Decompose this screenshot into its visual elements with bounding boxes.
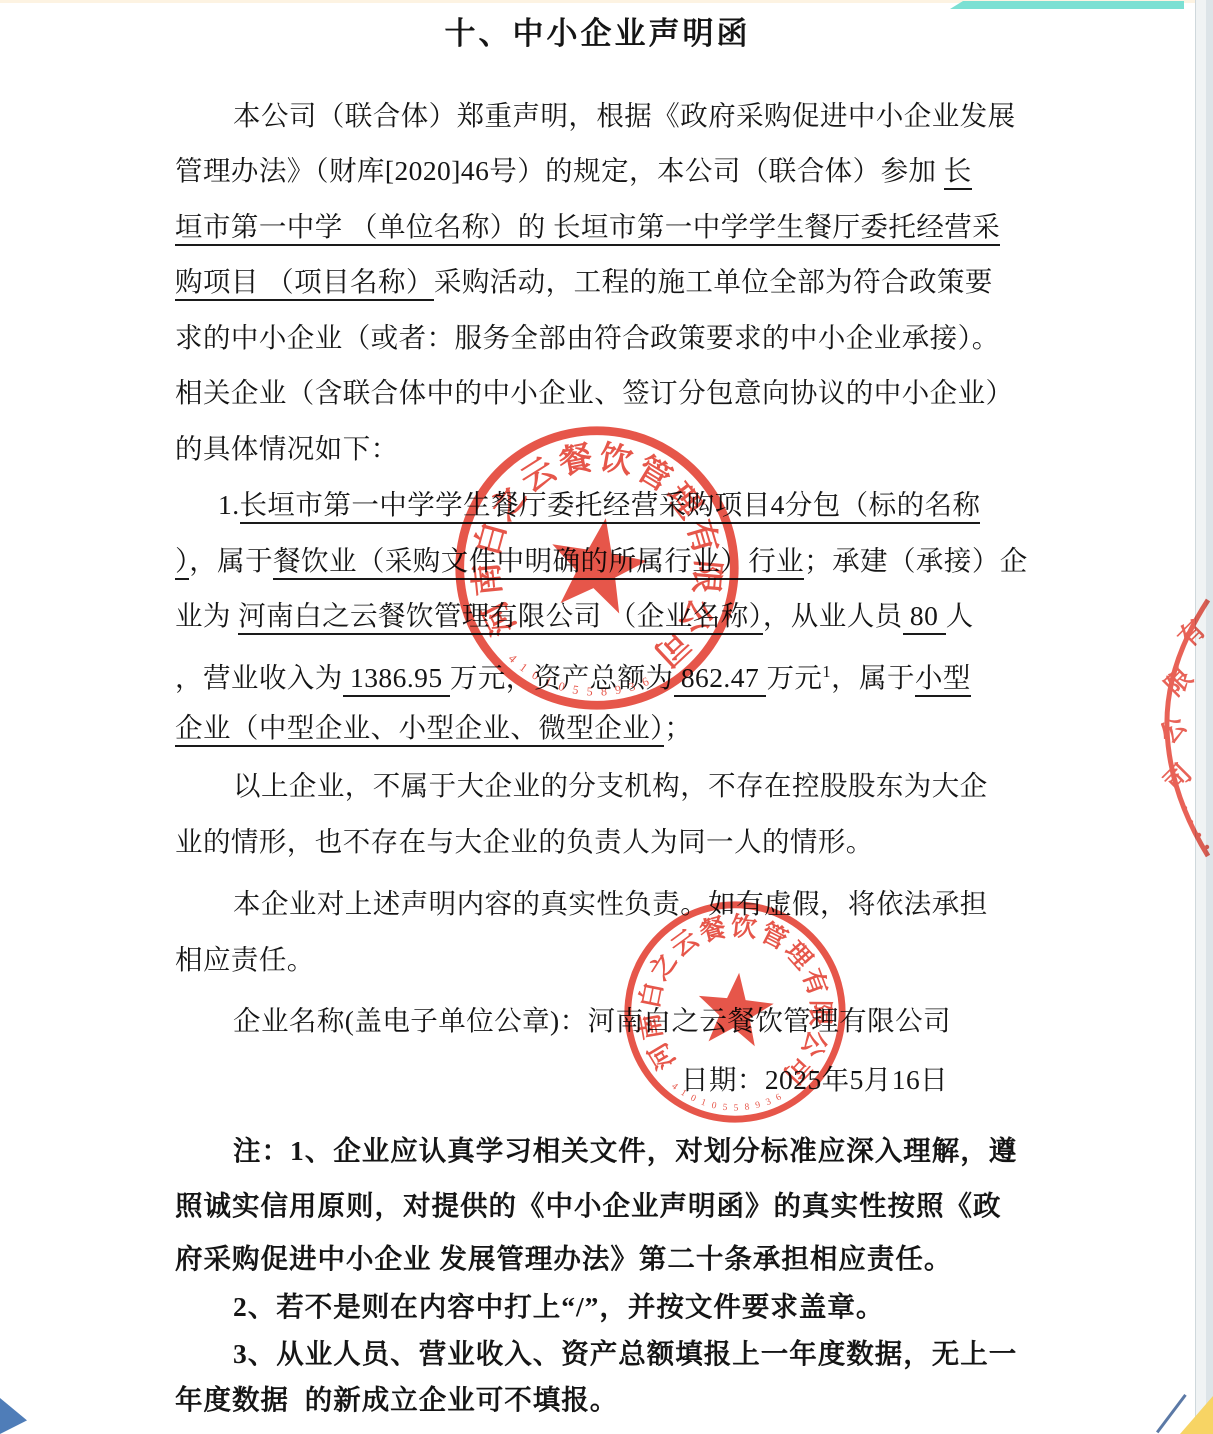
doc-text-segment: 企业（中型企业、小型企业、微型企业） bbox=[175, 712, 664, 747]
doc-text-segment: 相关企业（含联合体中的中小企业、签订分包意向协议的中小企业） bbox=[175, 377, 1014, 408]
svg-text:河: 河 bbox=[475, 595, 523, 641]
doc-text-segment: 长 bbox=[944, 155, 972, 190]
svg-text:9: 9 bbox=[614, 682, 622, 697]
svg-text:白: 白 bbox=[635, 980, 668, 1011]
svg-text:限: 限 bbox=[805, 1000, 834, 1026]
doc-text-segment: 业的情形，也不存在与大企业的负责人为同一人的情形。 bbox=[175, 826, 874, 857]
doc-text-segment: 的具体情况如下： bbox=[175, 433, 399, 464]
doc-line-24: 年度数据 的新成立企业可不填报。 bbox=[175, 1382, 1055, 1418]
svg-text:有: 有 bbox=[797, 965, 833, 1000]
svg-text:南: 南 bbox=[635, 1011, 668, 1042]
doc-text-segment: 80 bbox=[903, 600, 946, 635]
svg-text:5: 5 bbox=[722, 1103, 728, 1113]
svg-text:饮: 饮 bbox=[730, 912, 759, 944]
svg-text:8: 8 bbox=[600, 684, 607, 698]
doc-text-segment: 采购活动，工程的施工单位全部为符合政策要 bbox=[434, 266, 993, 297]
svg-text:4: 4 bbox=[669, 1082, 679, 1093]
svg-text:有: 有 bbox=[680, 516, 725, 558]
doc-text-segment: 以上企业，不属于大企业的分支机构，不存在控股股东为大企 bbox=[233, 770, 988, 801]
doc-text-segment: 本公司（联合体）郑重声明，根据《政府采购促进中小企业发展 bbox=[233, 100, 1016, 131]
doc-line-23: 3、从业人员、营业收入、资产总额填报上一年度数据，无上一 bbox=[175, 1336, 1113, 1372]
doc-text-segment: 万元 bbox=[766, 662, 822, 693]
svg-text:6: 6 bbox=[774, 1092, 783, 1103]
doc-line-16: 相应责任。 bbox=[175, 942, 1055, 978]
doc-text-segment: ，属于 bbox=[189, 545, 273, 576]
svg-text:0: 0 bbox=[689, 1093, 698, 1104]
svg-text:白: 白 bbox=[469, 518, 513, 560]
svg-text:9: 9 bbox=[755, 1100, 762, 1111]
doc-text-segment: 1. bbox=[218, 489, 240, 520]
doc-text-segment: ） bbox=[175, 545, 189, 580]
svg-text:饮: 饮 bbox=[597, 439, 636, 481]
svg-text:0: 0 bbox=[557, 679, 567, 694]
doc-text-segment: 本企业对上述声明内容的真实性负责。如有虚假，将依法承担 bbox=[233, 888, 988, 919]
svg-text:限: 限 bbox=[686, 559, 726, 595]
svg-text:南: 南 bbox=[468, 561, 508, 598]
doc-text-segment: ；承建（承接）企 bbox=[804, 545, 1028, 576]
svg-text:0: 0 bbox=[711, 1101, 718, 1112]
company-seal-lower: 河南白之云餐饮管理有限公司41010558936 bbox=[610, 887, 861, 1138]
doc-line-19: 注：1、企业应认真学习相关文件，对划分标准应深入理解，遵 bbox=[175, 1133, 1113, 1169]
svg-text:有: 有 bbox=[1173, 615, 1212, 654]
svg-text:3: 3 bbox=[627, 679, 637, 694]
doc-text-segment: 小型 bbox=[915, 662, 971, 697]
doc-line-1: 本公司（联合体）郑重声明，根据《政府采购促进中小企业发展 bbox=[175, 98, 1113, 134]
doc-line-2: 管理办法》（财库[2020]46号）的规定，本公司（联合体）参加 长 bbox=[175, 153, 1055, 189]
svg-text:5: 5 bbox=[571, 682, 579, 697]
doc-text-segment: 购项目 （项目名称） bbox=[175, 266, 434, 301]
doc-line-6: 相关企业（含联合体中的中小企业、签订分包意向协议的中小企业） bbox=[175, 375, 1055, 411]
doc-line-13: 以上企业，不属于大企业的分支机构，不存在控股股东为大企 bbox=[175, 768, 1113, 804]
doc-text-segment: 求的中小企业（或者：服务全部由符合政策要求的中小企业承接）。 bbox=[175, 322, 1000, 353]
doc-text-segment: 管理办法》（财库[2020]46号）的规定，本公司（联合体）参加 bbox=[175, 155, 944, 186]
svg-text:餐: 餐 bbox=[696, 911, 729, 947]
doc-text-segment: 2、若不是则在内容中打上“/”，并按文件要求盖章。 bbox=[233, 1291, 884, 1322]
doc-line-20: 照诚实信用原则，对提供的《中小企业声明函》的真实性按照《政 bbox=[175, 1188, 1055, 1224]
svg-text:河: 河 bbox=[643, 1037, 681, 1074]
doc-line-3: 垣市第一中学 （单位名称）的 长垣市第一中学学生餐厅委托经营采 bbox=[175, 209, 1055, 245]
doc-line-4: 购项目 （项目名称）采购活动，工程的施工单位全部为符合政策要 bbox=[175, 264, 1055, 300]
doc-text-segment: ，营业收入为 bbox=[175, 662, 343, 693]
doc-text-segment: 注：1、企业应认真学习相关文件，对划分标准应深入理解，遵 bbox=[233, 1135, 1017, 1166]
doc-text-segment: 年度数据 的新成立企业可不填报。 bbox=[175, 1384, 618, 1415]
doc-line-21: 府采购促进中小企业 发展管理办法》第二十条承担相应责任。 bbox=[175, 1241, 1055, 1277]
doc-text-segment: 人 bbox=[946, 600, 974, 631]
doc-text-segment: ，从业人员 bbox=[763, 600, 903, 631]
doc-text-segment: 1 bbox=[822, 662, 831, 681]
doc-line-14: 业的情形，也不存在与大企业的负责人为同一人的情形。 bbox=[175, 824, 1055, 860]
svg-text:6: 6 bbox=[640, 674, 651, 689]
svg-text:3: 3 bbox=[765, 1097, 773, 1108]
doc-line-22: 2、若不是则在内容中打上“/”，并按文件要求盖章。 bbox=[175, 1289, 1113, 1325]
svg-text:1: 1 bbox=[517, 660, 530, 675]
side-stamp: 有限公司 bbox=[1161, 598, 1213, 860]
svg-text:1: 1 bbox=[543, 674, 554, 689]
svg-text:餐: 餐 bbox=[556, 439, 596, 482]
doc-line-5: 求的中小企业（或者：服务全部由符合政策要求的中小企业承接）。 bbox=[175, 320, 1055, 356]
company-seal-upper: 河南白之云餐饮管理有限公司41010558936 bbox=[428, 399, 766, 737]
svg-text:4: 4 bbox=[506, 651, 520, 665]
doc-text-segment: 相应责任。 bbox=[175, 944, 315, 975]
svg-text:8: 8 bbox=[744, 1102, 750, 1113]
doc-text-segment: 府采购促进中小企业 发展管理办法》第二十条承担相应责任。 bbox=[175, 1243, 952, 1274]
svg-text:1: 1 bbox=[699, 1098, 707, 1109]
svg-text:5: 5 bbox=[586, 684, 593, 698]
svg-text:5: 5 bbox=[734, 1104, 739, 1114]
svg-text:司: 司 bbox=[1161, 759, 1197, 798]
doc-text-segment: ，属于 bbox=[831, 662, 915, 693]
svg-text:0: 0 bbox=[529, 668, 541, 683]
svg-text:1: 1 bbox=[679, 1088, 689, 1099]
doc-text-segment: 业为 bbox=[175, 600, 238, 631]
document-page: { "title": "十、中小企业声明函", "body_lines": [ … bbox=[0, 0, 1213, 1434]
doc-text-segment: 照诚实信用原则，对提供的《中小企业声明函》的真实性按照《政 bbox=[175, 1190, 1002, 1221]
doc-text-segment: 垣市第一中学 （单位名称）的 长垣市第一中学学生餐厅委托经营采 bbox=[175, 211, 1000, 246]
doc-text-segment: 3、从业人员、营业收入、资产总额填报上一年度数据，无上一 bbox=[233, 1338, 1017, 1369]
